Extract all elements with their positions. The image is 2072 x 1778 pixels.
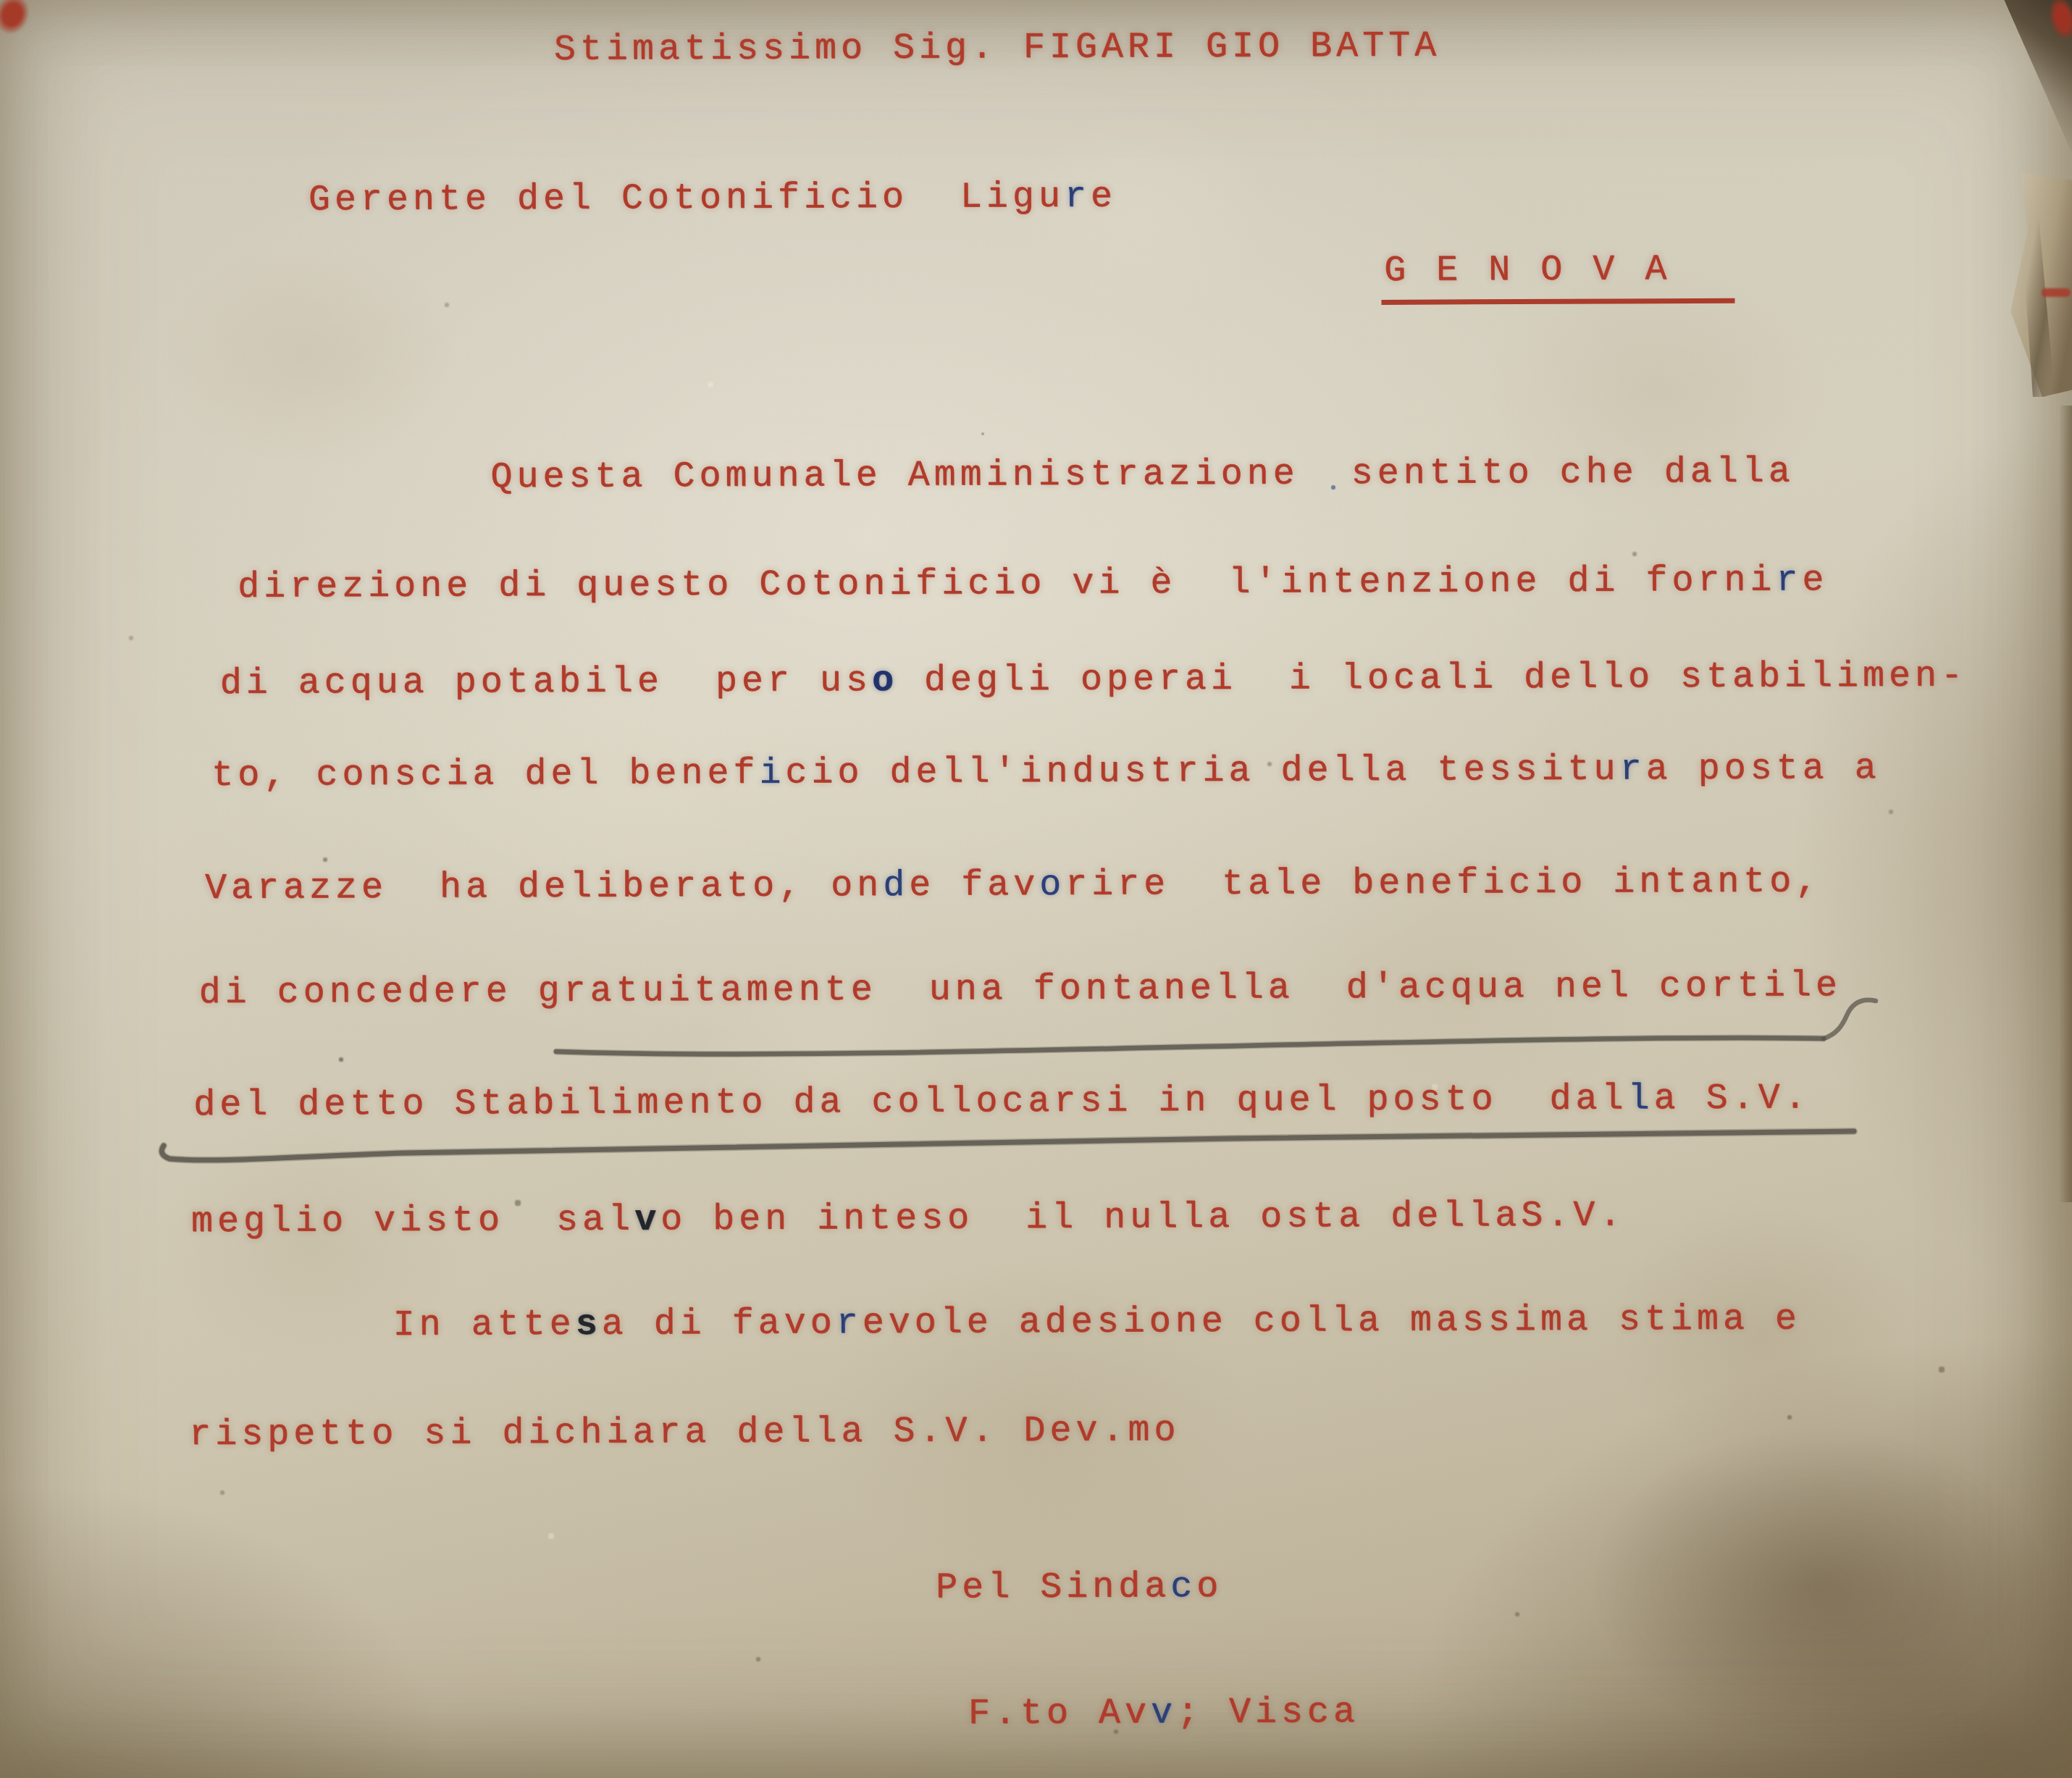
body-line-5: Varazze ha deliberato, onde favorire tal… bbox=[205, 864, 1822, 907]
paper-specks bbox=[0, 0, 1, 1]
salutation-line: Stimatissimo Sig. FIGARI GIO BATTA bbox=[554, 29, 1440, 69]
signature-role-line: Pel Sindaco bbox=[936, 1569, 1222, 1607]
body-line-6: di concedere gratuitamente una fontanell… bbox=[199, 968, 1842, 1012]
body-line-4: to, conscia del beneficio dell'industria… bbox=[211, 751, 1881, 794]
body-line-7: del detto Stabilimento da collocarsi in … bbox=[193, 1081, 1811, 1124]
body-line-2: direzione di questo Cotonificio vi è l'i… bbox=[238, 563, 1829, 606]
body-line-10: rispetto si dichiara della S.V. Dev.mo bbox=[189, 1413, 1180, 1454]
body-line-3: di acqua potabile per uso degli operai i… bbox=[220, 658, 1968, 703]
addressee-line: Gerente del Cotonificio Ligure bbox=[309, 180, 1117, 219]
city-underlined-text: G E N O V A bbox=[1381, 252, 1735, 305]
signature-name-line: F.to Avv; Visca bbox=[968, 1695, 1359, 1732]
letter-text: Stimatissimo Sig. FIGARI GIO BATTA Geren… bbox=[0, 0, 2072, 1778]
body-line-9: In attesa di favorevole adesione colla m… bbox=[393, 1301, 1802, 1343]
letter-photo: Stimatissimo Sig. FIGARI GIO BATTA Geren… bbox=[0, 0, 2072, 1778]
body-line-8: meglio visto salvo ben inteso il nulla o… bbox=[191, 1198, 1625, 1241]
body-line-1: Questa Comunale Amministrazione sentito … bbox=[490, 454, 1794, 496]
city-line: G E N O V A bbox=[1384, 252, 1735, 305]
